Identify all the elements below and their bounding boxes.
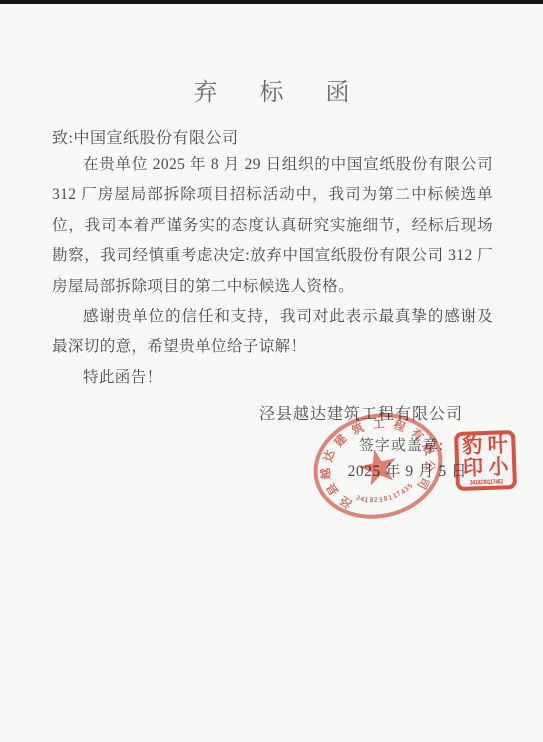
personal-seal-stamp: 豹 叶 印 小 3418230117462 bbox=[454, 430, 517, 491]
seal-char: 小 bbox=[485, 455, 511, 478]
seal-char: 印 bbox=[460, 456, 486, 479]
personal-seal-characters: 豹 叶 印 小 bbox=[459, 434, 511, 479]
seal-char: 豹 bbox=[459, 434, 485, 457]
letter-title: 弃 标 函 bbox=[0, 72, 543, 107]
company-seal-arc-char: 公 bbox=[422, 460, 434, 472]
personal-seal-serial: 3418230117462 bbox=[464, 479, 508, 487]
letter-body: 在贵单位 2025 年 8 月 29 日组织的中国宣纸股份有限公司 312 厂房… bbox=[52, 150, 493, 393]
paragraph-closing: 特此函告！ bbox=[52, 363, 493, 393]
scanned-letter-page: 弃 标 函 致:中国宣纸股份有限公司 在贵单位 2025 年 8 月 29 日组… bbox=[0, 0, 543, 742]
company-seal-arc-char: 越 bbox=[321, 467, 334, 480]
scan-edge-artifact bbox=[0, 0, 543, 4]
salutation-line: 致:中国宣纸股份有限公司 bbox=[52, 125, 512, 148]
seal-char: 叶 bbox=[485, 434, 511, 457]
paragraph-bid-withdrawal: 在贵单位 2025 年 8 月 29 日组织的中国宣纸股份有限公司 312 厂房… bbox=[52, 150, 493, 302]
company-seal-arc-char: 工 bbox=[373, 420, 385, 432]
paragraph-thanks: 感谢贵单位的信任和支持，我司对此表示最真挚的感谢及最深切的意，希望贵单位给子谅解… bbox=[52, 302, 493, 363]
company-seal-serial-digit: 2 bbox=[374, 497, 378, 504]
